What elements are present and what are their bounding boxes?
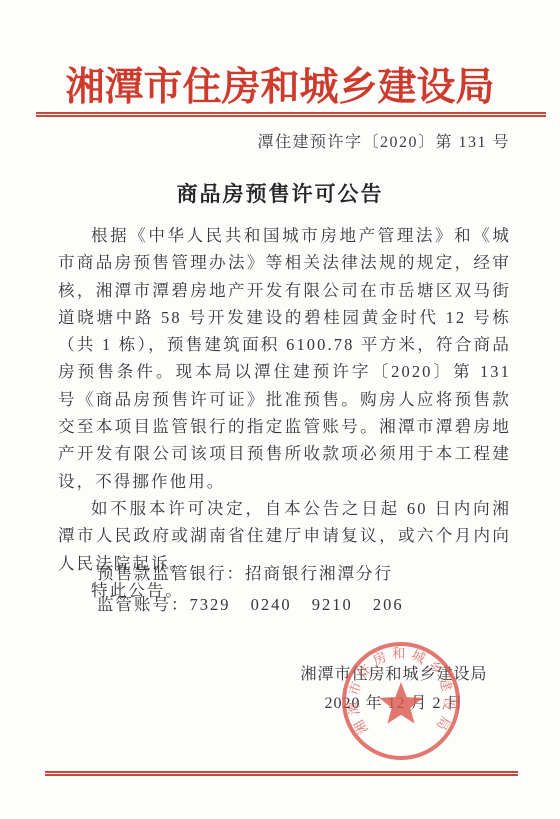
announcement-document: 湘潭市住房和城乡建设局 潭住建预许字〔2020〕第 131 号 商品房预售许可公… [0, 0, 560, 819]
agency-header-title: 湘潭市住房和城乡建设局 [0, 56, 560, 112]
footer-divider-rule [45, 771, 518, 776]
document-reference-number: 潭住建预许字〔2020〕第 131 号 [257, 129, 510, 152]
signature-agency: 湘潭市住房和城乡建设局 [288, 660, 500, 689]
signature-block: 湘潭市住房和城乡建设局 2020 年 12 月 2 日 [288, 660, 500, 718]
signature-date: 2020 年 12 月 2 日 [288, 689, 500, 718]
supervision-account-label: 监管账号： [97, 595, 190, 614]
header-divider-rule [36, 112, 546, 117]
body-paragraph-1: 根据《中华人民共和国城市房地产管理法》和《城市商品房预售管理办法》等相关法律法规… [58, 222, 511, 495]
announcement-body: 根据《中华人民共和国城市房地产管理法》和《城市商品房预售管理办法》等相关法律法规… [58, 222, 511, 604]
bank-info-block: 预售款监管银行：招商银行湘潭分行 监管账号：7329 0240 9210 206 [97, 558, 404, 620]
announcement-title: 商品房预售许可公告 [0, 178, 560, 208]
supervision-bank-value: 招商银行湘潭分行 [245, 564, 393, 583]
supervision-account-value: 7329 0240 9210 206 [190, 595, 404, 614]
supervision-bank-line: 预售款监管银行：招商银行湘潭分行 [97, 558, 404, 589]
supervision-bank-label: 预售款监管银行： [97, 564, 245, 583]
supervision-account-line: 监管账号：7329 0240 9210 206 [97, 589, 404, 620]
